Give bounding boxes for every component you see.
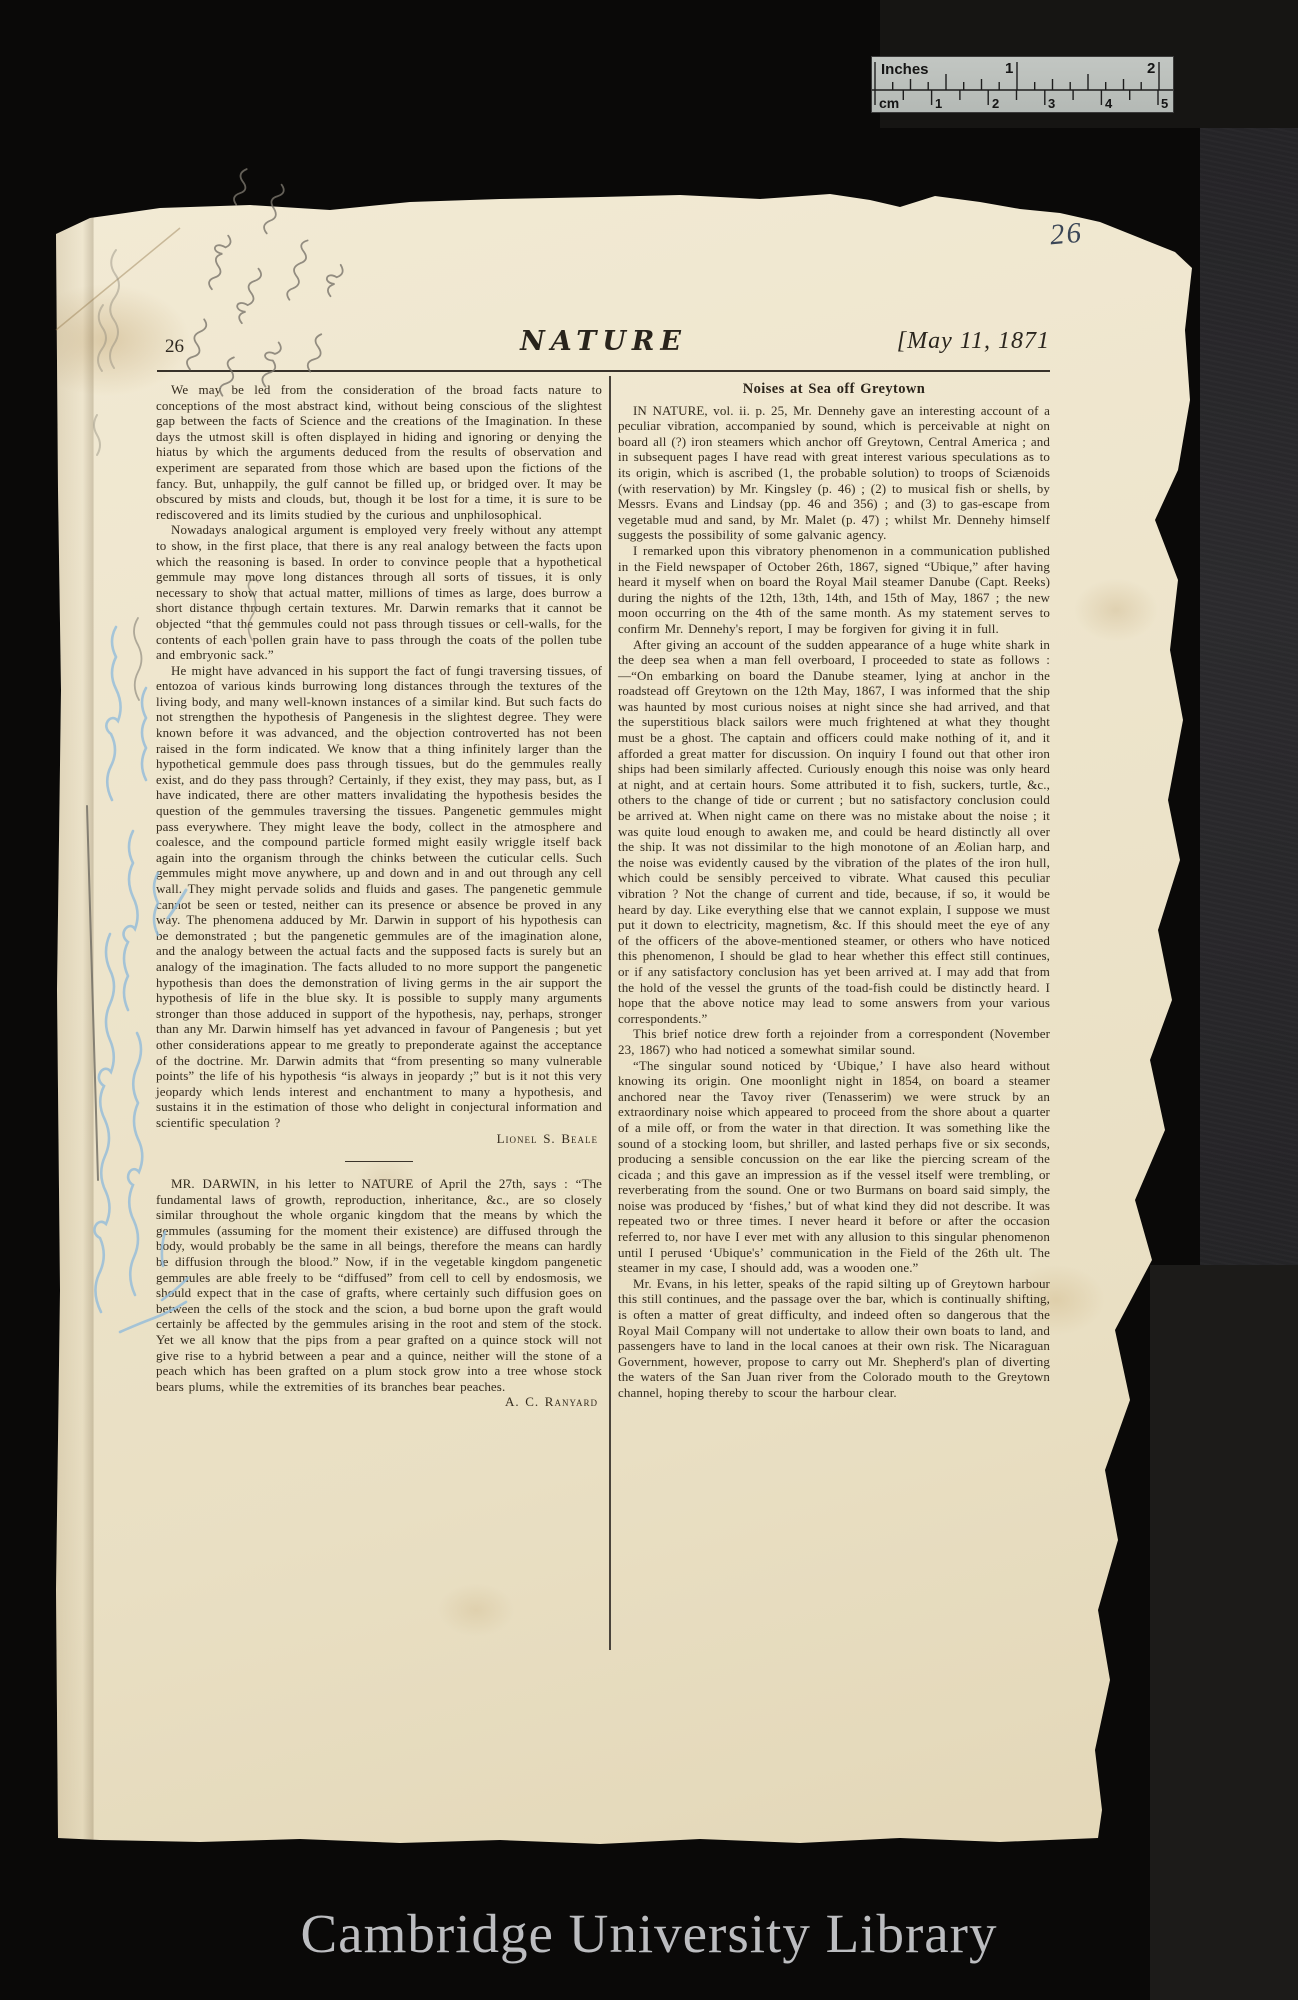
article-headline: Noises at Sea off Greytown bbox=[618, 382, 1050, 398]
handwritten-page-number: 26 bbox=[1049, 217, 1085, 253]
ruler-inches-label: Inches bbox=[881, 61, 929, 78]
paper-page: 26 NATURE [May 11, 1871 26 We may be led… bbox=[56, 190, 1196, 1845]
header-rule bbox=[157, 370, 1050, 372]
paragraph: I remarked upon this vibratory phenomeno… bbox=[618, 543, 1050, 637]
paragraph: Mr. Evans, in his letter, speaks of the … bbox=[618, 1276, 1050, 1401]
library-watermark: Cambridge University Library bbox=[0, 1902, 1298, 1965]
left-column: We may be led from the consideration of … bbox=[156, 382, 602, 1410]
paragraph: He might have advanced in his support th… bbox=[156, 663, 602, 1131]
paragraph: IN NATURE, vol. ii. p. 25, Mr. Dennehy g… bbox=[618, 403, 1050, 543]
paragraph: After giving an account of the sudden ap… bbox=[618, 637, 1050, 1027]
paragraph: This brief notice drew forth a rejoinder… bbox=[618, 1026, 1050, 1057]
ruler-cm-1: 1 bbox=[935, 96, 942, 111]
paragraph: Nowadays analogical argument is employed… bbox=[156, 522, 602, 662]
signature: A. C. Ranyard bbox=[156, 1394, 602, 1410]
letter-divider bbox=[345, 1161, 413, 1162]
ruler-inch-1: 1 bbox=[1005, 60, 1013, 77]
ruler-cm-4: 4 bbox=[1105, 96, 1112, 111]
paragraph: MR. DARWIN, in his letter to NATURE of A… bbox=[156, 1176, 602, 1394]
column-divider bbox=[609, 376, 611, 1650]
ruler-cm-label: cm bbox=[879, 95, 899, 111]
issue-date: [May 11, 1871 bbox=[720, 328, 1050, 355]
fabric-backdrop-corner bbox=[1150, 1265, 1298, 2000]
ruler-inch-2: 2 bbox=[1147, 60, 1155, 77]
signature: Lionel S. Beale bbox=[156, 1131, 602, 1147]
photographed-page-scan: Inches 1 2 cm 1 2 3 4 5 26 NATURE [May 1… bbox=[0, 0, 1298, 2000]
scan-ruler: Inches 1 2 cm 1 2 3 4 5 bbox=[872, 57, 1173, 112]
page-binding-edge bbox=[56, 190, 94, 1845]
ruler-cm-3: 3 bbox=[1048, 96, 1055, 111]
paragraph: “The singular sound noticed by ‘Ubique,’… bbox=[618, 1058, 1050, 1276]
paragraph: We may be led from the consideration of … bbox=[156, 382, 602, 522]
ruler-cm-2: 2 bbox=[992, 96, 999, 111]
ruler-cm-5: 5 bbox=[1161, 96, 1168, 111]
right-column: Noises at Sea off Greytown IN NATURE, vo… bbox=[618, 382, 1050, 1401]
